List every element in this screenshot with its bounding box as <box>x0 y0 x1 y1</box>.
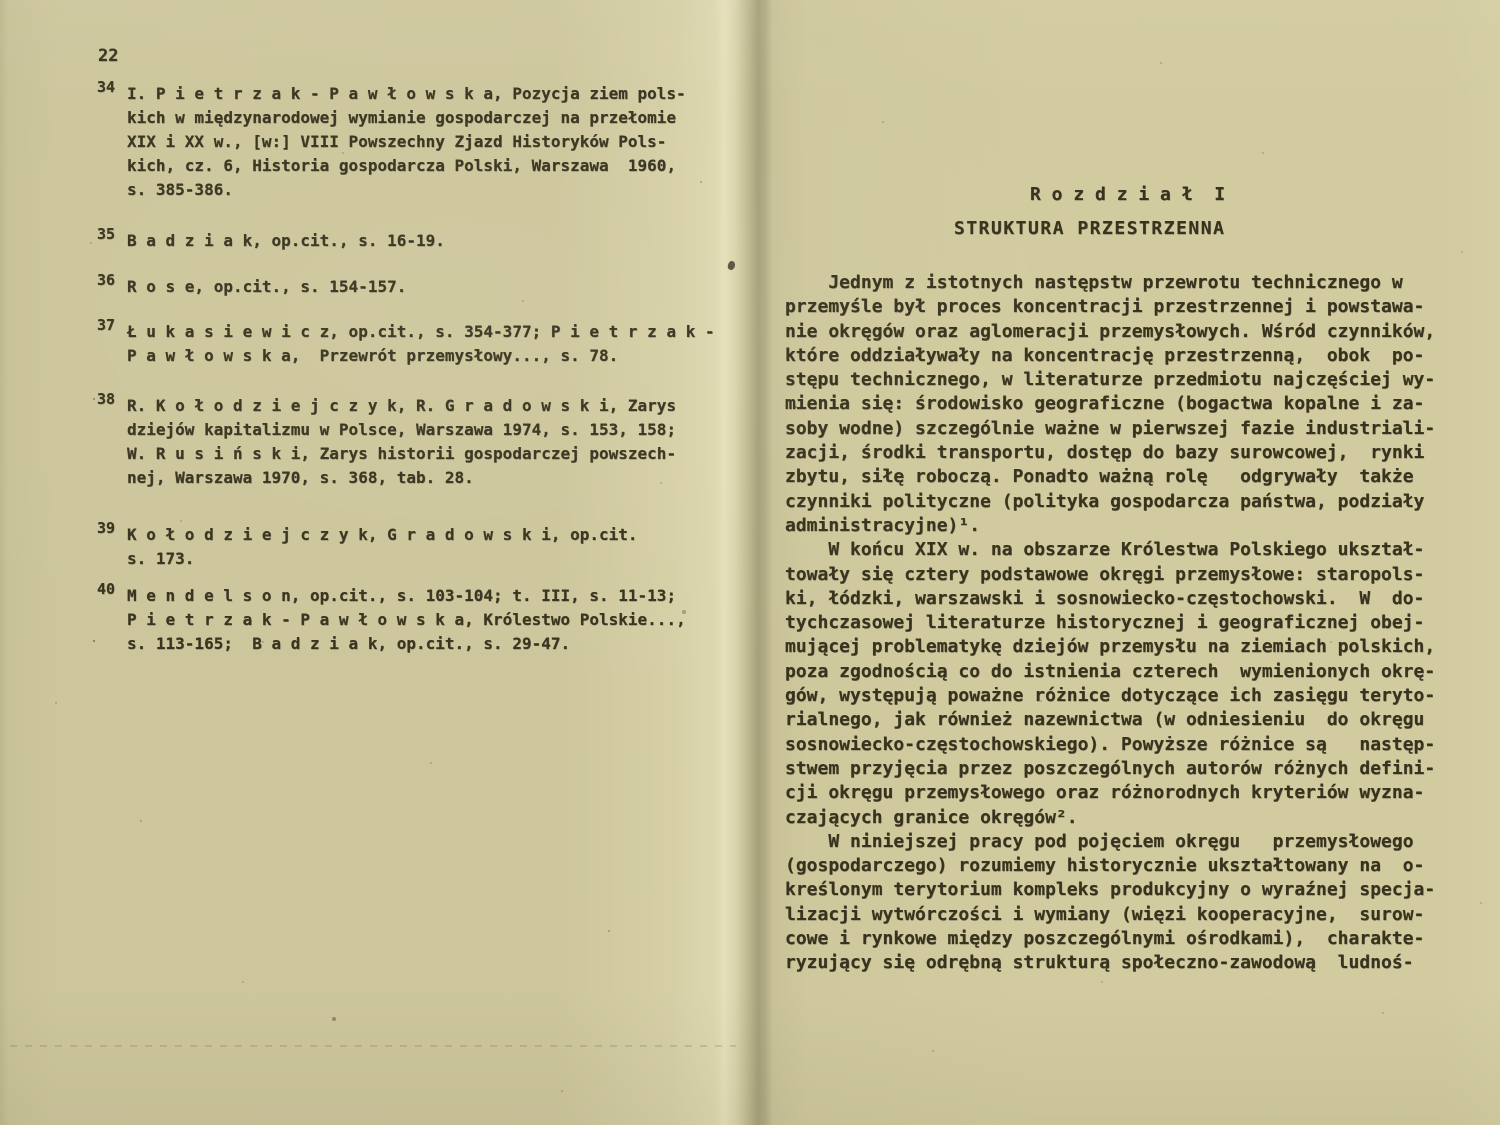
body-text-line: lizacji wytwórczości i wymiany (więzi ko… <box>785 903 1465 927</box>
footnote-line: s. 173. <box>127 547 727 571</box>
footnote-marker: 39 <box>97 516 115 540</box>
book-scan: 22 34I. P i e t r z a k - P a w ł o w s … <box>0 0 1500 1125</box>
body-text-line: kreślonym terytorium kompleks produkcyjn… <box>785 878 1465 902</box>
footnote-line: I. P i e t r z a k - P a w ł o w s k a, … <box>127 82 727 106</box>
body-text-line: mienia się: środowisko geograficzne (bog… <box>785 392 1465 416</box>
body-text-line: tychczasowej literaturze historycznej i … <box>785 611 1465 635</box>
body-text-line: ryzujący się odrębną strukturą społeczno… <box>785 951 1465 975</box>
body-text-line: Jednym z istotnych następstw przewrotu t… <box>785 271 1465 295</box>
footnote-line: nej, Warszawa 1970, s. 368, tab. 28. <box>127 466 727 490</box>
footnote: 34I. P i e t r z a k - P a w ł o w s k a… <box>127 82 727 202</box>
footnote-marker: 40 <box>97 577 115 601</box>
body-text-line: czających granice okręgów². <box>785 806 1465 830</box>
footnote-marker: 36 <box>97 268 115 292</box>
body-text-line: soby wodne) szczególnie ważne w pierwsze… <box>785 417 1465 441</box>
body-text-line: zacji, środki transportu, dostęp do bazy… <box>785 441 1465 465</box>
body-text-line: gów, występują poważne różnice dotyczące… <box>785 684 1465 708</box>
body-text-line: cowe i rynkowe między poszczególnymi ośr… <box>785 927 1465 951</box>
footnote-marker: 38 <box>97 387 115 411</box>
footnote-line: kich, cz. 6, Historia gospodarcza Polski… <box>127 154 727 178</box>
footnote: 36R o s e, op.cit., s. 154-157. <box>127 275 727 299</box>
footnote-line: K o ł o d z i e j c z y k, G r a d o w s… <box>127 523 727 547</box>
footnote-line: Ł u k a s i e w i c z, op.cit., s. 354-3… <box>127 320 727 344</box>
footnote-line: W. R u s i ń s k i, Zarys historii gospo… <box>127 442 727 466</box>
section-heading: STRUKTURA PRZESTRZENNA <box>954 218 1225 239</box>
body-text-line: przemyśle był proces koncentracji przest… <box>785 295 1465 319</box>
footnote: 38R. K o ł o d z i e j c z y k, R. G r a… <box>127 394 727 490</box>
footnote-line: P i e t r z a k - P a w ł o w s k a, Kró… <box>127 608 727 632</box>
chapter-heading: R o z d z i a ł I <box>1030 184 1225 205</box>
body-text-line: towały się cztery podstawowe okręgi prze… <box>785 563 1465 587</box>
body-text-line: ki, łódzki, warszawski i sosnowiecko-czę… <box>785 587 1465 611</box>
page-number: 22 <box>98 46 118 66</box>
footnote-line: XIX i XX w., [w:] VIII Powszechny Zjazd … <box>127 130 727 154</box>
body-text-line: poza zgodnością co do istnienia czterech… <box>785 660 1465 684</box>
body-text-line: cji okręgu przemysłowego oraz różnorodny… <box>785 781 1465 805</box>
footnote-marker: 35 <box>97 222 115 246</box>
footnote-line: B a d z i a k, op.cit., s. 16-19. <box>127 229 727 253</box>
body-text-line: W końcu XIX w. na obszarze Królestwa Pol… <box>785 538 1465 562</box>
body-text-line: mującej problematykę dziejów przemysłu n… <box>785 635 1465 659</box>
body-text-line: stwem przyjęcia przez poszczególnych aut… <box>785 757 1465 781</box>
footnote-line: s. 113-165; B a d z i a k, op.cit., s. 2… <box>127 632 727 656</box>
footnote-line: M e n d e l s o n, op.cit., s. 103-104; … <box>127 584 727 608</box>
footnote-line: kich w międzynarodowej wymianie gospodar… <box>127 106 727 130</box>
body-text-line: stępu technicznego, w literaturze przedm… <box>785 368 1465 392</box>
body-text-line: nie okręgów oraz aglomeracji przemysłowy… <box>785 320 1465 344</box>
body-text-line: administracyjne)¹. <box>785 514 1465 538</box>
footnote-line: R o s e, op.cit., s. 154-157. <box>127 275 727 299</box>
footnote-line: P a w ł o w s k a, Przewrót przemysłowy.… <box>127 344 727 368</box>
footnote-line: dziejów kapitalizmu w Polsce, Warszawa 1… <box>127 418 727 442</box>
footnote: 35B a d z i a k, op.cit., s. 16-19. <box>127 229 727 253</box>
footnote-line: R. K o ł o d z i e j c z y k, R. G r a d… <box>127 394 727 418</box>
body-text-line: (gospodarczego) rozumiemy historycznie u… <box>785 854 1465 878</box>
body-text-line: które oddziaływały na koncentrację przes… <box>785 344 1465 368</box>
footnote-line: s. 385-386. <box>127 178 727 202</box>
body-text-line: zbytu, siłę roboczą. Ponadto ważną rolę … <box>785 465 1465 489</box>
footnote: 40M e n d e l s o n, op.cit., s. 103-104… <box>127 584 727 656</box>
body-text-line: czynniki polityczne (polityka gospodarcz… <box>785 490 1465 514</box>
footnote: 37Ł u k a s i e w i c z, op.cit., s. 354… <box>127 320 727 368</box>
footnote: 39K o ł o d z i e j c z y k, G r a d o w… <box>127 523 727 571</box>
body-text: Jednym z istotnych następstw przewrotu t… <box>785 271 1465 976</box>
footnote-marker: 34 <box>97 75 115 99</box>
body-text-line: sosnowiecko-częstochowskiego). Powyższe … <box>785 733 1465 757</box>
body-text-line: rialnego, jak również nazewnictwa (w odn… <box>785 708 1465 732</box>
body-text-line: W niniejszej pracy pod pojęciem okręgu p… <box>785 830 1465 854</box>
footnote-marker: 37 <box>97 313 115 337</box>
